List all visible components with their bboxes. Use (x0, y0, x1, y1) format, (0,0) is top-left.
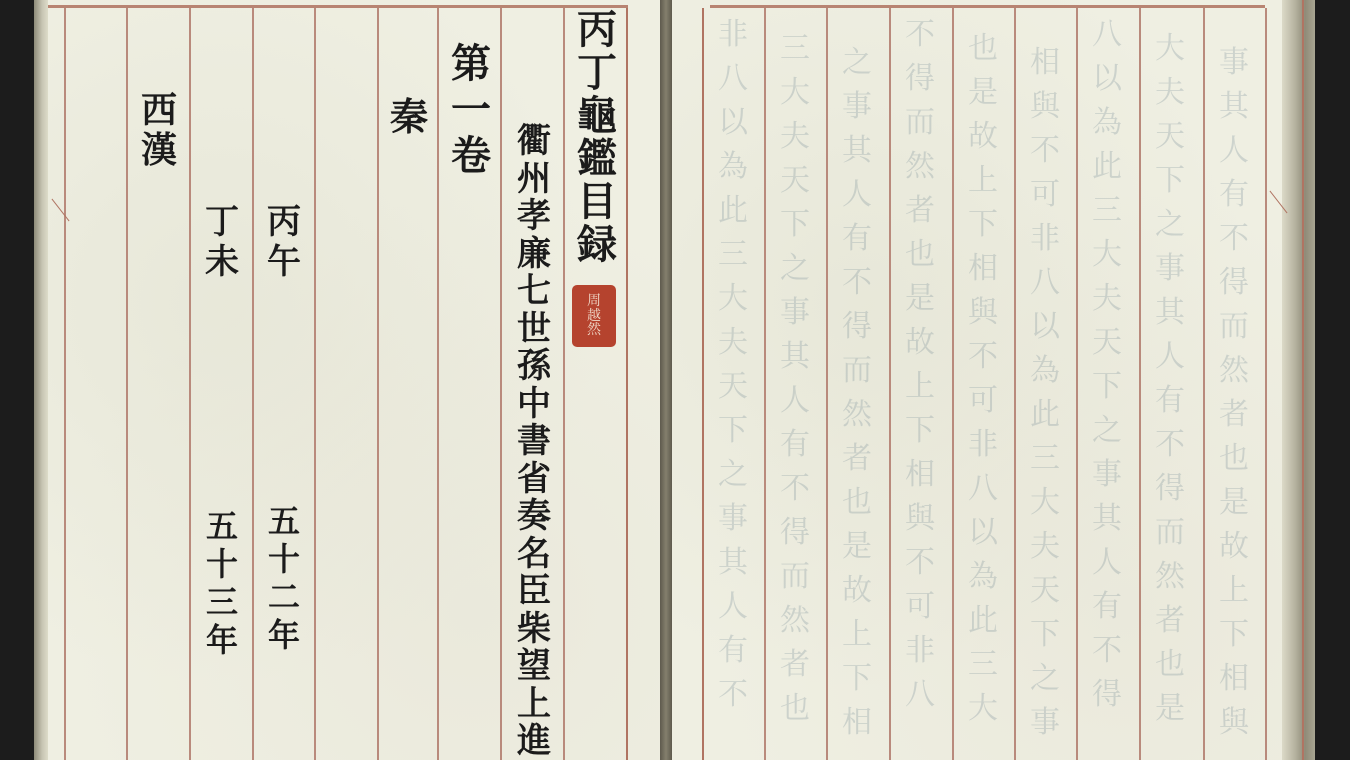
column-rule (702, 8, 704, 760)
year-bingwu: 丙午 (255, 205, 313, 285)
seal-glyph: 然 (587, 323, 601, 338)
left-page-edge (34, 0, 48, 760)
bleed-through-text: 八以為此三大夫天下之事其人有不得 (1082, 20, 1132, 724)
glyph: 望 (517, 649, 551, 683)
glyph: 第 (451, 44, 491, 84)
glyph: 丁 (205, 205, 239, 239)
glyph: 一 (451, 90, 491, 130)
right-border-rule (1302, 0, 1304, 760)
bleed-through-text: 也是故上下相與不可非八以為此三大 (958, 34, 1008, 738)
glyph: 孫 (517, 349, 551, 383)
glyph: 漢 (141, 132, 177, 168)
glyph: 州 (517, 162, 551, 196)
dynasty-qin: 秦 (380, 98, 438, 136)
glyph: 世 (517, 312, 551, 346)
book-gutter (660, 0, 672, 760)
dynasty-western-han: 西漢 (130, 92, 188, 172)
column-rule (126, 8, 128, 760)
glyph: 省 (517, 462, 551, 496)
bleed-through-text: 相與不可非八以為此三大夫天下之事 (1020, 48, 1070, 752)
column-rule (377, 8, 379, 760)
glyph: 書 (517, 424, 551, 458)
glyph: 名 (517, 537, 551, 571)
glyph: 鑑 (577, 139, 617, 179)
glyph: 午 (267, 245, 301, 279)
column-rule (189, 8, 191, 760)
column-rule (764, 8, 766, 760)
bleed-through-text: 事其人有不得而然者也是故上下相與 (1209, 48, 1259, 752)
glyph: 十 (268, 543, 300, 575)
column-rule (314, 8, 316, 760)
bleed-through-text: 之事其人有不得而然者也是故上下相 (832, 48, 882, 752)
column-rule (1139, 8, 1141, 760)
volume-heading: 第一卷 (442, 44, 500, 182)
glyph: 丙 (577, 10, 617, 50)
bleed-through-text: 三大夫天下之事其人有不得而然者也 (770, 34, 820, 738)
column-rule (1203, 8, 1205, 760)
bleed-through-text: 非八以為此三大夫天下之事其人有不 (708, 20, 758, 724)
column-rule (1014, 8, 1016, 760)
glyph: 年 (206, 624, 238, 656)
glyph: 臣 (517, 574, 551, 608)
bleed-through-text: 大夫天下之事其人有不得而然者也是 (1145, 34, 1195, 738)
glyph: 五 (268, 505, 300, 537)
column-rule (952, 8, 954, 760)
year-count-53: 五十三年 (193, 510, 251, 662)
column-rule (1265, 8, 1267, 760)
glyph: 廉 (517, 237, 551, 271)
right-page-edge (1282, 0, 1315, 760)
glyph: 衢 (517, 124, 551, 158)
glyph: 三 (206, 586, 238, 618)
glyph: 十 (206, 548, 238, 580)
author-line: 衢州孝廉七世孫中書省奏名臣柴望上進 (505, 124, 563, 760)
glyph: 孝 (517, 199, 551, 233)
column-rule (563, 8, 565, 760)
seal-glyph: 周 (587, 294, 601, 309)
glyph: 卷 (451, 136, 491, 176)
glyph: 丁 (577, 53, 617, 93)
glyph: 七 (517, 274, 551, 308)
seal-glyph: 越 (587, 309, 601, 324)
glyph: 録 (577, 225, 617, 265)
glyph: 丙 (267, 205, 301, 239)
column-rule (1076, 8, 1078, 760)
glyph: 二 (268, 581, 300, 613)
bleed-through-text: 不得而然者也是故上下相與不可非八 (895, 20, 945, 724)
glyph: 五 (206, 510, 238, 542)
year-count-52: 五十二年 (255, 505, 313, 657)
left-top-rule (48, 5, 628, 8)
column-rule (826, 8, 828, 760)
collector-seal: 周越然 (572, 285, 616, 347)
glyph: 中 (517, 387, 551, 421)
glyph: 目 (577, 182, 617, 222)
year-dingwei: 丁未 (193, 205, 251, 285)
glyph: 年 (268, 619, 300, 651)
column-rule (252, 8, 254, 760)
glyph: 進 (517, 724, 551, 758)
column-rule (889, 8, 891, 760)
right-top-rule (710, 5, 1265, 8)
column-rule (64, 8, 66, 760)
book-title: 丙丁龜鑑目録 (568, 10, 626, 268)
glyph: 秦 (390, 98, 428, 136)
column-rule (500, 8, 502, 760)
glyph: 上 (517, 687, 551, 721)
left-page (34, 0, 660, 760)
glyph: 龜 (577, 96, 617, 136)
glyph: 柴 (517, 612, 551, 646)
glyph: 奏 (517, 499, 551, 533)
glyph: 未 (205, 245, 239, 279)
glyph: 西 (141, 92, 177, 128)
column-rule (626, 8, 628, 760)
